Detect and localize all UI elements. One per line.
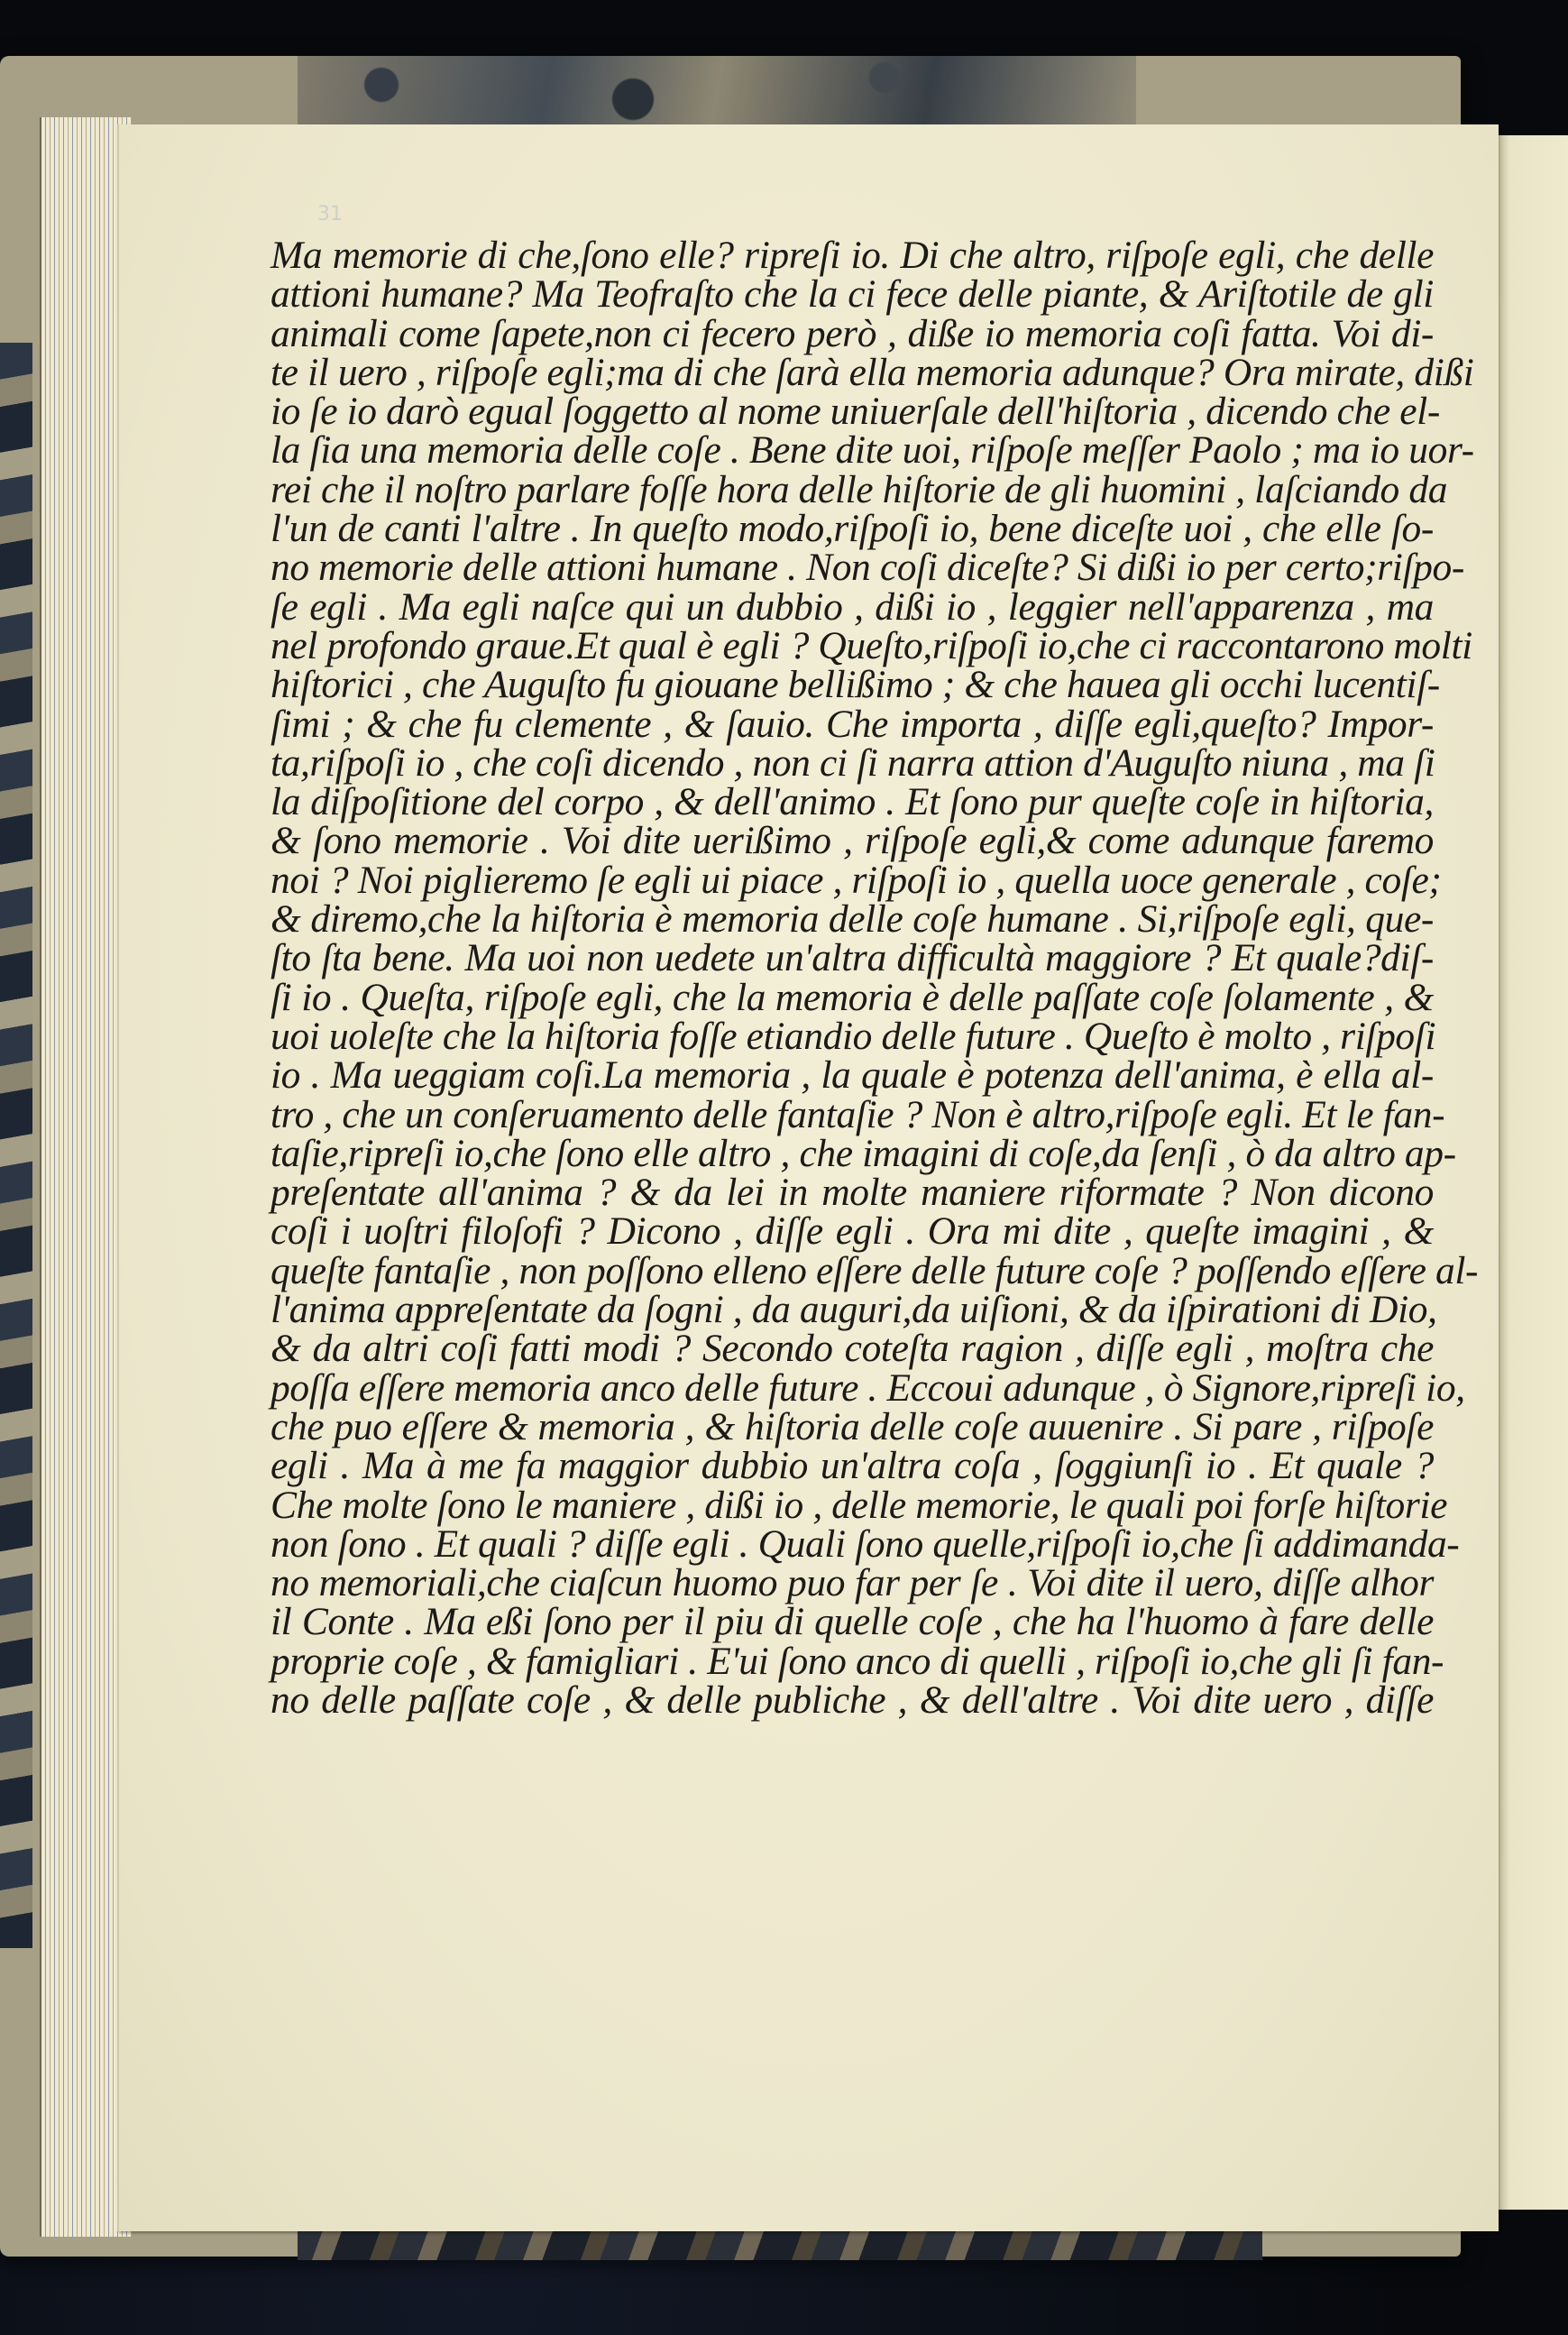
text-line: queſte fantaſie , non poſſono elleno eſſ… [271,1252,1434,1291]
text-line: ſi io . Queſta, riſpoſe egli, che la mem… [271,979,1434,1017]
text-line: no memoriali,che ciaſcun huomo puo far p… [271,1564,1434,1603]
text-line: rei che il noſtro parlare foſſe hora del… [271,471,1434,510]
text-line: ſimi ; & che fu clemente , & ſauio. Che … [271,705,1434,744]
text-line: te il uero , riſpoſe egli;ma di che ſarà… [271,354,1434,392]
text-line: la diſpoſitione del corpo , & dell'animo… [271,783,1434,822]
text-line: nel profondo graue.Et qual è egli ? Queſ… [271,627,1434,666]
page-text-block: Ma memorie di che,ſono elle? ripreſi io.… [271,236,1434,1720]
marbled-cover-top [298,56,1136,128]
text-line: noi ? Noi piglieremo ſe egli ui piace , … [271,861,1434,900]
text-line: il Conte . Ma eßi ſono per il piu di que… [271,1603,1434,1641]
text-line: hiſtorici , che Auguſto fu giouane belli… [271,666,1434,704]
facing-page-edge [1499,135,1568,2210]
text-line: no memorie delle attioni humane . Non co… [271,548,1434,587]
text-line: l'un de canti l'altre . In queſto modo,r… [271,510,1434,548]
text-line: ſe egli . Ma egli naſce qui un dubbio , … [271,588,1434,627]
text-line: io . Ma ueggiam coſi.La memoria , la qua… [271,1056,1434,1095]
text-line: io ſe io darò egual ſoggetto al nome uni… [271,392,1434,431]
text-line: & da altri coſi fatti modi ? Secondo cot… [271,1329,1434,1368]
text-line: attioni humane? Ma Teofraſto che la ci f… [271,275,1434,314]
marbled-cover-left [0,343,32,1948]
faint-margin-mark: 31 [317,203,343,225]
text-line: l'anima appreſentate da ſogni , da augur… [271,1291,1434,1329]
text-line: preſentate all'anima ? & da lei in molte… [271,1173,1434,1212]
text-line: Ma memorie di che,ſono elle? ripreſi io.… [271,236,1434,275]
page-edges-stack [40,117,132,2237]
text-line: tro , che un conſeruamento delle fantaſi… [271,1096,1434,1135]
text-line: Che molte ſono le maniere , dißi io , de… [271,1486,1434,1525]
text-line: uoi uoleſte che la hiſtoria foſſe etiand… [271,1017,1434,1056]
text-line: la ſia una memoria delle coſe . Bene dit… [271,431,1434,470]
text-line: coſi i uoſtri filoſofi ? Dicono , diſſe … [271,1212,1434,1251]
text-line: egli . Ma à me fa maggior dubbio un'altr… [271,1447,1434,1485]
text-line: & ſono memorie . Voi dite uerißimo , riſ… [271,822,1434,860]
text-line: non ſono . Et quali ? diſſe egli . Quali… [271,1525,1434,1564]
text-line: ſto ſta bene. Ma uoi non uedete un'altra… [271,939,1434,978]
text-line: taſie,ripreſi io,che ſono elle altro , c… [271,1135,1434,1173]
text-line: no delle paſſate coſe , & delle publiche… [271,1681,1434,1720]
text-line: animali come ſapete,non ci fecero però ,… [271,315,1434,354]
text-line: poſſa eſſere memoria anco delle future .… [271,1369,1434,1408]
text-line: & diremo,che la hiſtoria è memoria delle… [271,900,1434,939]
text-line: ta,riſpoſi io , che coſi dicendo , non c… [271,744,1434,783]
text-line: che puo eſſere & memoria , & hiſtoria de… [271,1408,1434,1447]
text-line: proprie coſe , & famigliari . E'ui ſono … [271,1642,1434,1681]
